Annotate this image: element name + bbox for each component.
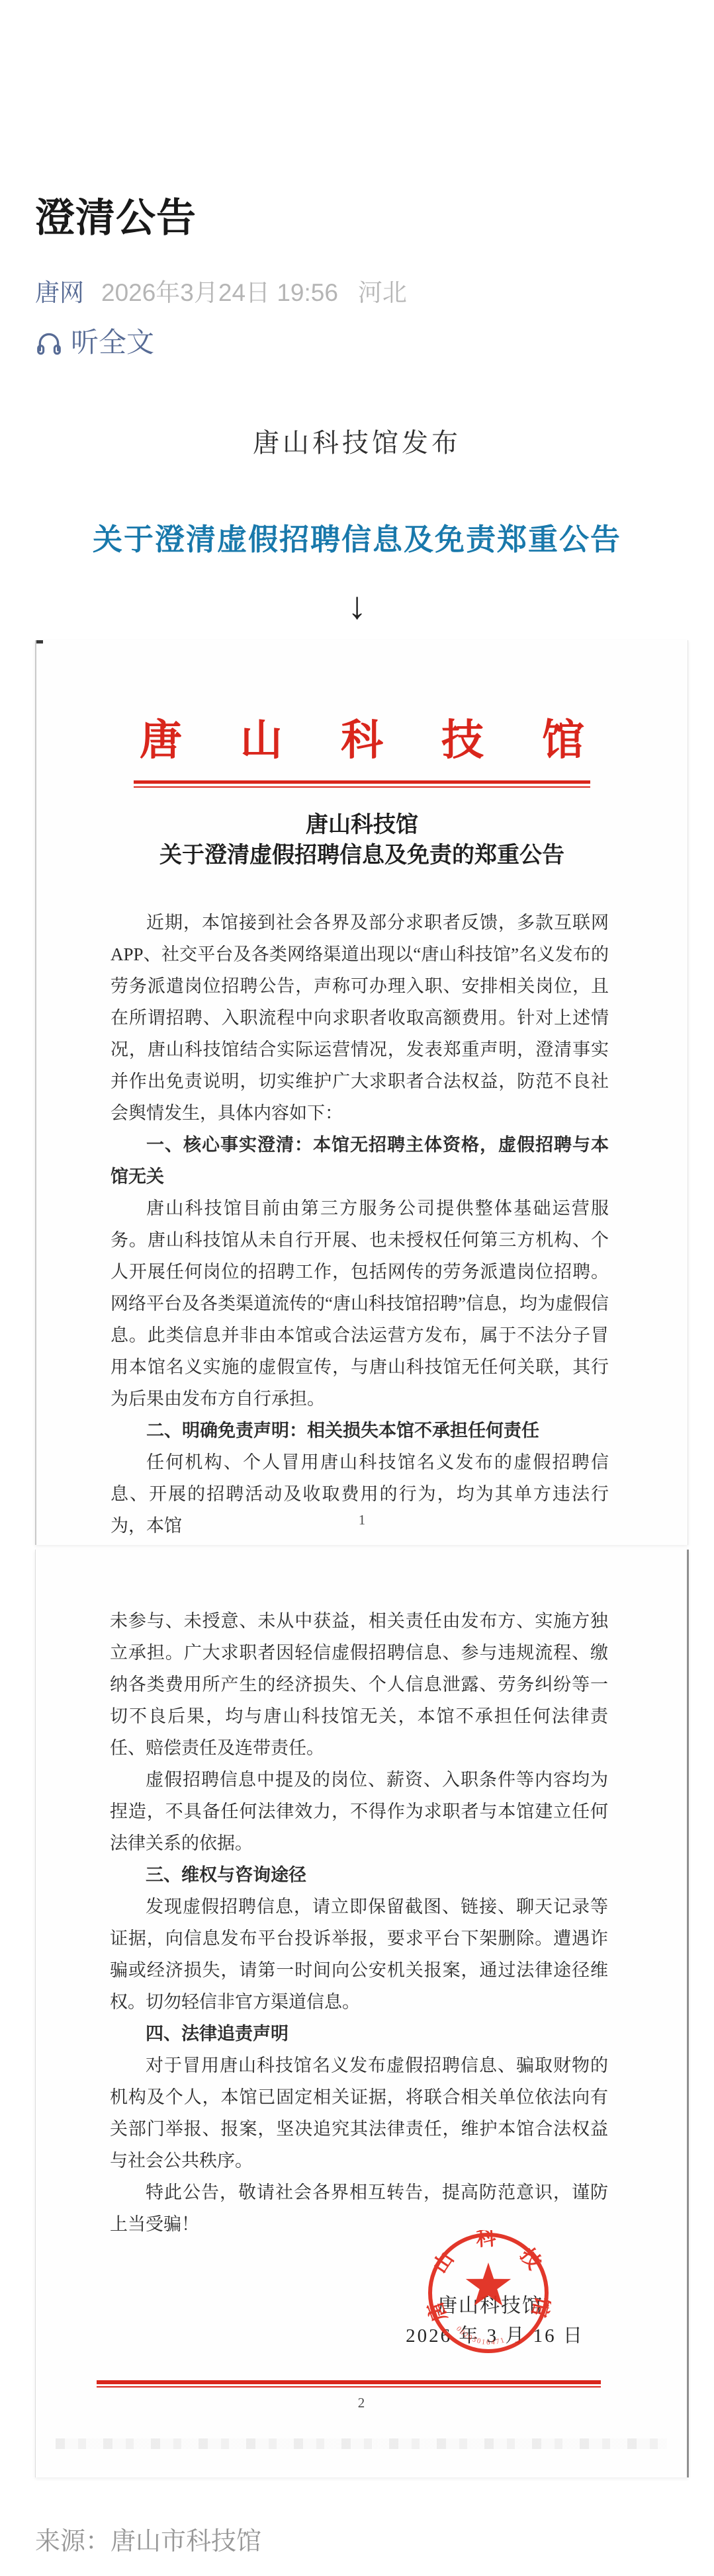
document-page2-body: 未参与、未授意、未从中获益，相关责任由发布方、实施方独立承担。广大求职者因轻信虚… [36, 1550, 687, 2240]
listen-label: 听全文 [71, 325, 154, 360]
document-paragraph: 唐山科技馆目前由第三方服务公司提供整体基础运营服务。唐山科技馆从未自行开展、也未… [111, 1192, 609, 1415]
document-heading: 一、核心事实澄清：本馆无招聘主体资格，虚假招聘与本馆无关 [111, 1129, 609, 1192]
footer-source: 来源：唐山市科技馆 [35, 2525, 684, 2558]
official-seal: 唐山科技馆 00203016471 [425, 2230, 551, 2356]
page2-footer-rule [97, 2380, 601, 2388]
document-title-line1: 唐山科技馆 [36, 810, 688, 841]
document-paragraph: 近期，本馆接到社会各界及部分求职者反馈，多款互联网APP、社交平台及各类网络渠道… [111, 907, 609, 1129]
letterhead-rule [134, 780, 590, 788]
document-heading: 四、法律追责声明 [110, 2018, 608, 2050]
publish-region: 河北 [358, 278, 407, 308]
document-title-line2: 关于澄清虚假招聘信息及免责的郑重公告 [36, 841, 688, 871]
publish-datetime: 2026年3月24日 19:56 [101, 278, 338, 308]
down-arrow: ↓ [0, 582, 714, 630]
page-title: 澄清公告 [35, 193, 684, 243]
page1-number: 1 [36, 1512, 688, 1528]
document-paragraph: 发现虚假招聘信息，请立即保留截图、链接、聊天记录等证据，向信息发布平台投诉举报，… [110, 1891, 608, 2018]
document-paragraph: 对于冒用唐山科技馆名义发布虚假招聘信息、骗取财物的机构及个人，本馆已固定相关证据… [110, 2050, 608, 2177]
page2-number: 2 [36, 2395, 687, 2411]
listen-full-text-button[interactable]: 听全文 [35, 325, 154, 360]
document-scan-page1[interactable]: 唐山科技馆 唐山科技馆 关于澄清虚假招聘信息及免责的郑重公告 近期，本馆接到社会… [35, 640, 688, 1545]
document-heading: 三、维权与咨询途径 [110, 1859, 608, 1891]
document-scan-page2[interactable]: 未参与、未授意、未从中获益，相关责任由发布方、实施方独立承担。广大求职者因轻信虚… [35, 1550, 689, 2477]
publisher-line: 唐山科技馆发布 [0, 425, 714, 462]
document-heading: 二、明确免责声明：相关损失本馆不承担任何责任 [111, 1415, 609, 1446]
seal-star-icon [466, 2263, 511, 2306]
document-paragraph: 未参与、未授意、未从中获益，相关责任由发布方、实施方独立承担。广大求职者因轻信虚… [110, 1605, 608, 1764]
scan-artifact [36, 640, 43, 644]
document-page1-body: 近期，本馆接到社会各界及部分求职者反馈，多款互联网APP、社交平台及各类网络渠道… [36, 907, 688, 1542]
letterhead-row: 唐山科技馆 [36, 640, 688, 765]
scan-noise-artifact [56, 2438, 667, 2449]
document-paragraph: 虚假招聘信息中提及的岗位、薪资、入职条件等内容均为捏造，不具备任何法律效力，不得… [110, 1764, 608, 1859]
letterhead-text: 唐山科技馆 [140, 717, 643, 765]
headphone-icon [35, 329, 71, 356]
article-page: 澄清公告 唐网 2026年3月24日 19:56 河北 听全文 唐山科技馆发布 … [0, 0, 714, 2576]
source-link[interactable]: 唐网 [35, 278, 84, 308]
article-meta: 唐网 2026年3月24日 19:56 河北 [35, 278, 684, 308]
announcement-subtitle: 关于澄清虚假招聘信息及免责郑重公告 [0, 517, 714, 562]
